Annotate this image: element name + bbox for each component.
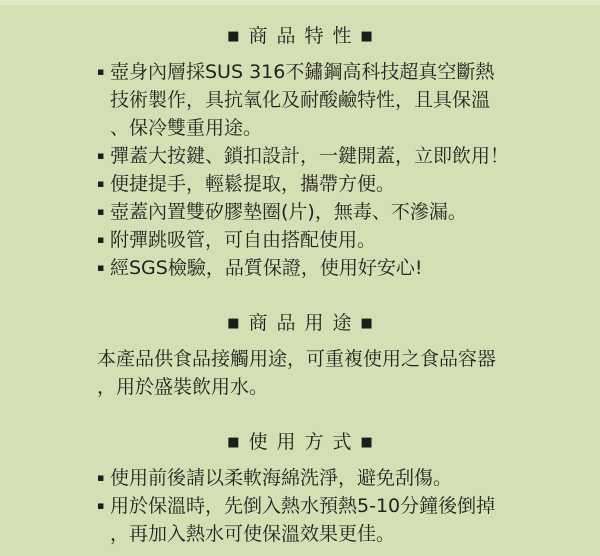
list-item: ▪ 經SGS檢驗，品質保證，使用好安心!	[97, 254, 540, 282]
list-item-text: 壺身內層採SUS 316不鏽鋼高科技超真空斷熱 技術製作，具抗氧化及耐酸鹼特性，…	[110, 58, 494, 142]
bullet-icon: ▪	[97, 170, 110, 198]
bullet-icon: ▪	[97, 492, 110, 520]
square-marker-icon: ■	[227, 316, 239, 331]
list-item-text: 用於保溫時，先倒入熱水預熱5-10分鐘後倒掉 ，再加入熱水可使保溫效果更佳。	[110, 492, 495, 548]
list-item-text: 壺蓋內置雙矽膠墊圈(片)，無毒、不滲漏。	[110, 198, 467, 226]
list-item-text: 彈蓋大按鍵、鎖扣設計，一鍵開蓋，立即飲用！	[110, 142, 509, 170]
list-item: ▪ 便捷提手，輕鬆提取，攜帶方便。	[97, 170, 540, 198]
list-item-text: 經SGS檢驗，品質保證，使用好安心!	[110, 254, 422, 282]
bullet-icon: ▪	[97, 464, 110, 492]
list-item-text: 使用前後請以柔軟海綿洗淨，避免刮傷。	[110, 464, 452, 492]
features-list: ▪ 壺身內層採SUS 316不鏽鋼高科技超真空斷熱 技術製作，具抗氧化及耐酸鹼特…	[0, 58, 600, 282]
bullet-icon: ▪	[97, 198, 110, 226]
features-heading-text: 商品特性	[248, 25, 360, 47]
section-instructions: ■使用方式■ ▪ 使用前後請以柔軟海綿洗淨，避免刮傷。 ▪ 用於保溫時，先倒入熱…	[0, 432, 600, 548]
section-usage: ■商品用途■ 本產品供食品接觸用途，可重複使用之食品容器 ，用於盛裝飲用水。	[0, 313, 600, 401]
square-marker-icon: ■	[361, 316, 373, 331]
instructions-heading: ■使用方式■	[0, 432, 600, 453]
bullet-icon: ▪	[97, 58, 110, 86]
usage-heading-text: 商品用途	[248, 312, 360, 334]
usage-heading: ■商品用途■	[0, 313, 600, 334]
features-heading: ■商品特性■	[0, 26, 600, 47]
bullet-icon: ▪	[97, 142, 110, 170]
instructions-list: ▪ 使用前後請以柔軟海綿洗淨，避免刮傷。 ▪ 用於保溫時，先倒入熱水預熱5-10…	[0, 464, 600, 548]
list-item-text: 便捷提手，輕鬆提取，攜帶方便。	[110, 170, 395, 198]
list-item: ▪ 壺身內層採SUS 316不鏽鋼高科技超真空斷熱 技術製作，具抗氧化及耐酸鹼特…	[97, 58, 540, 142]
square-marker-icon: ■	[361, 29, 373, 44]
list-item: ▪ 壺蓋內置雙矽膠墊圈(片)，無毒、不滲漏。	[97, 198, 540, 226]
top-edge-highlight	[0, 0, 600, 5]
square-marker-icon: ■	[361, 435, 373, 450]
list-item: ▪ 附彈跳吸管，可自由搭配使用。	[97, 226, 540, 254]
square-marker-icon: ■	[227, 435, 239, 450]
list-item: ▪ 使用前後請以柔軟海綿洗淨，避免刮傷。	[97, 464, 540, 492]
square-marker-icon: ■	[227, 29, 239, 44]
bullet-icon: ▪	[97, 254, 110, 282]
list-item: ▪ 彈蓋大按鍵、鎖扣設計，一鍵開蓋，立即飲用！	[97, 142, 540, 170]
product-description-page: ■商品特性■ ▪ 壺身內層採SUS 316不鏽鋼高科技超真空斷熱 技術製作，具抗…	[0, 0, 600, 556]
list-item-text: 附彈跳吸管，可自由搭配使用。	[110, 226, 376, 254]
bullet-icon: ▪	[97, 226, 110, 254]
instructions-heading-text: 使用方式	[248, 431, 360, 453]
usage-paragraph: 本產品供食品接觸用途，可重複使用之食品容器 ，用於盛裝飲用水。	[0, 345, 600, 401]
list-item: ▪ 用於保溫時，先倒入熱水預熱5-10分鐘後倒掉 ，再加入熱水可使保溫效果更佳。	[97, 492, 540, 548]
section-features: ■商品特性■ ▪ 壺身內層採SUS 316不鏽鋼高科技超真空斷熱 技術製作，具抗…	[0, 26, 600, 282]
